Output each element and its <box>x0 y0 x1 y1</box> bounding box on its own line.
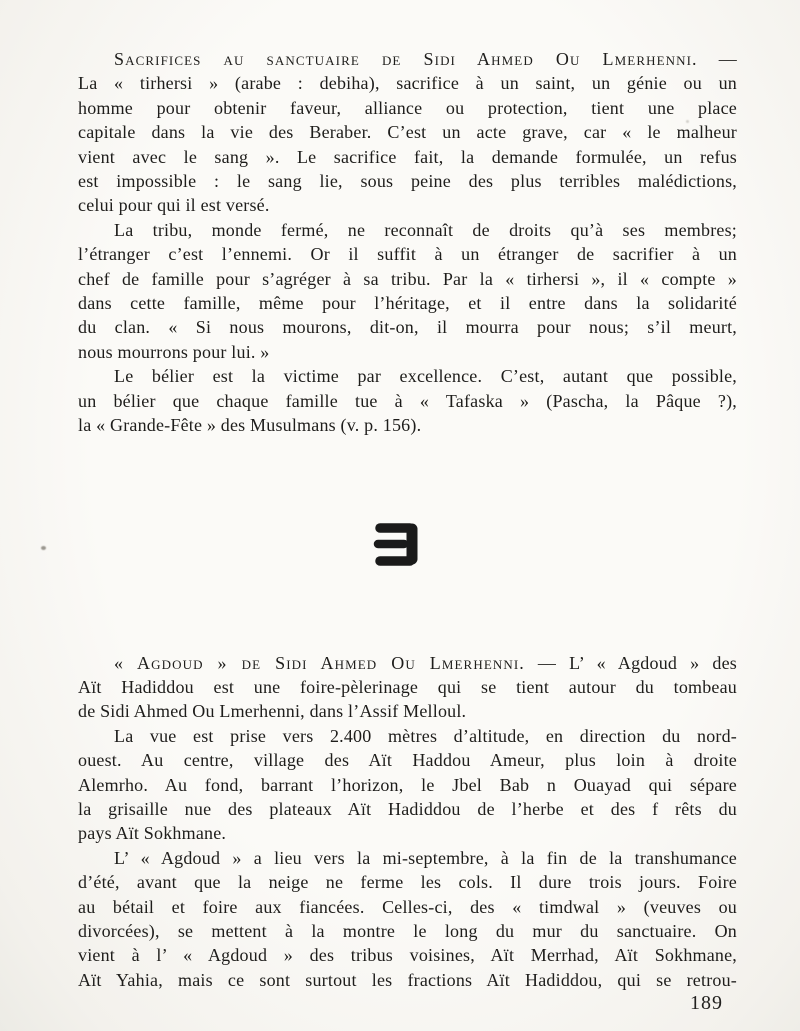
paragraph: L’ « Agdoud » a lieu vers la mi-septembr… <box>78 846 737 992</box>
text-line: chef de famille pour s’agréger à sa trib… <box>78 267 737 291</box>
small-caps-heading-text: « Agdoud » de Sidi Ahmed Ou Lmerhenni. <box>114 653 525 673</box>
body-text: La « tirhersi » (arabe : debiha), sacrif… <box>78 73 737 93</box>
body-text: la grisaille nue des plateaux Aït Hadidd… <box>78 799 737 819</box>
body-text: celui pour qui il est versé. <box>78 195 270 215</box>
body-text: La vue est prise vers 2.400 mètres d’alt… <box>114 726 737 746</box>
paragraph: Sacrifices au sanctuaire de Sidi Ahmed O… <box>78 47 737 218</box>
text-line: Alemrho. Au fond, barrant l’horizon, le … <box>78 773 737 797</box>
body-text: vient avec le sang ». Le sacrifice fait,… <box>78 147 737 167</box>
scan-speck <box>41 546 46 550</box>
text-line: Sacrifices au sanctuaire de Sidi Ahmed O… <box>78 47 737 71</box>
text-line: La tribu, monde fermé, ne reconnaît de d… <box>78 218 737 242</box>
body-text: chef de famille pour s’agréger à sa trib… <box>78 269 737 289</box>
body-text: homme pour obtenir faveur, alliance ou p… <box>78 98 737 118</box>
body-text: Aït Hadiddou est une foire-pèlerinage qu… <box>78 677 737 697</box>
text-line: La « tirhersi » (arabe : debiha), sacrif… <box>78 71 737 95</box>
paragraph: La tribu, monde fermé, ne reconnaît de d… <box>78 218 737 364</box>
body-text: Alemrho. Au fond, barrant l’horizon, le … <box>78 775 737 795</box>
text-line: celui pour qui il est versé. <box>78 193 737 217</box>
book-page: Sacrifices au sanctuaire de Sidi Ahmed O… <box>0 0 800 1031</box>
text-line: pays Aït Sokhmane. <box>78 821 737 845</box>
body-text: est impossible : le sang lie, sous peine… <box>78 171 737 191</box>
text-line: est impossible : le sang lie, sous peine… <box>78 169 737 193</box>
scan-speck <box>686 120 689 123</box>
body-text: — L’ « Agdoud » des <box>525 653 737 673</box>
text-line: « Agdoud » de Sidi Ahmed Ou Lmerhenni. —… <box>78 651 737 675</box>
text-line: divorcées), se mettent à la montre le lo… <box>78 919 737 943</box>
text-line: Aït Yahia, mais ce sont surtout les frac… <box>78 968 737 992</box>
text-line: capitale dans la vie des Beraber. C’est … <box>78 120 737 144</box>
small-caps-heading-text: Sacrifices au sanctuaire de Sidi Ahmed O… <box>114 49 698 69</box>
body-text: de Sidi Ahmed Ou Lmerhenni, dans l’Assif… <box>78 701 466 721</box>
text-line: la « Grande-Fête » des Musulmans (v. p. … <box>78 413 737 437</box>
section-agdoud: « Agdoud » de Sidi Ahmed Ou Lmerhenni. —… <box>78 651 737 993</box>
text-line: d’été, avant que la neige ne ferme les c… <box>78 870 737 894</box>
section-sacrifices: Sacrifices au sanctuaire de Sidi Ahmed O… <box>78 0 737 438</box>
text-line: la grisaille nue des plateaux Aït Hadidd… <box>78 797 737 821</box>
tifinagh-ornament-icon <box>370 516 420 572</box>
body-text: La tribu, monde fermé, ne reconnaît de d… <box>114 220 737 240</box>
body-text: Aït Yahia, mais ce sont surtout les frac… <box>78 970 737 990</box>
text-line: homme pour obtenir faveur, alliance ou p… <box>78 96 737 120</box>
paragraph: La vue est prise vers 2.400 mètres d’alt… <box>78 724 737 846</box>
text-line: Le bélier est la victime par excellence.… <box>78 364 737 388</box>
text-line: un bélier que chaque famille tue à « Taf… <box>78 389 737 413</box>
text-line: de Sidi Ahmed Ou Lmerhenni, dans l’Assif… <box>78 699 737 723</box>
body-text: Le bélier est la victime par excellence.… <box>114 366 737 386</box>
body-text: nous mourrons pour lui. » <box>78 342 270 362</box>
text-line: L’ « Agdoud » a lieu vers la mi-septembr… <box>78 846 737 870</box>
text-line: vient à l’ « Agdoud » des tribus voisine… <box>78 943 737 967</box>
text-line: du clan. « Si nous mourons, dit-on, il m… <box>78 315 737 339</box>
body-text: du clan. « Si nous mourons, dit-on, il m… <box>78 317 737 337</box>
paragraph: « Agdoud » de Sidi Ahmed Ou Lmerhenni. —… <box>78 651 737 724</box>
text-line: vient avec le sang ». Le sacrifice fait,… <box>78 145 737 169</box>
body-text: — <box>698 49 737 69</box>
body-text: L’ « Agdoud » a lieu vers la mi-septembr… <box>114 848 737 868</box>
body-text: divorcées), se mettent à la montre le lo… <box>78 921 737 941</box>
body-text: pays Aït Sokhmane. <box>78 823 226 843</box>
text-line: l’étranger c’est l’ennemi. Or il suffit … <box>78 242 737 266</box>
body-text: capitale dans la vie des Beraber. C’est … <box>78 122 737 142</box>
body-text: ouest. Au centre, village des Aït Haddou… <box>78 750 737 770</box>
section-divider <box>0 516 800 572</box>
text-line: Aït Hadiddou est une foire-pèlerinage qu… <box>78 675 737 699</box>
body-text: l’étranger c’est l’ennemi. Or il suffit … <box>78 244 737 264</box>
body-text: dans cette famille, même pour l’héritage… <box>78 293 737 313</box>
body-text: vient à l’ « Agdoud » des tribus voisine… <box>78 945 737 965</box>
body-text: un bélier que chaque famille tue à « Taf… <box>78 391 737 411</box>
text-line: ouest. Au centre, village des Aït Haddou… <box>78 748 737 772</box>
page-number: 189 <box>690 992 723 1015</box>
body-text: au bétail et foire aux fiancées. Celles-… <box>78 897 737 917</box>
body-text: la « Grande-Fête » des Musulmans (v. p. … <box>78 415 421 435</box>
text-line: au bétail et foire aux fiancées. Celles-… <box>78 895 737 919</box>
body-text: d’été, avant que la neige ne ferme les c… <box>78 872 737 892</box>
text-line: dans cette famille, même pour l’héritage… <box>78 291 737 315</box>
text-line: La vue est prise vers 2.400 mètres d’alt… <box>78 724 737 748</box>
paragraph: Le bélier est la victime par excellence.… <box>78 364 737 437</box>
text-line: nous mourrons pour lui. » <box>78 340 737 364</box>
